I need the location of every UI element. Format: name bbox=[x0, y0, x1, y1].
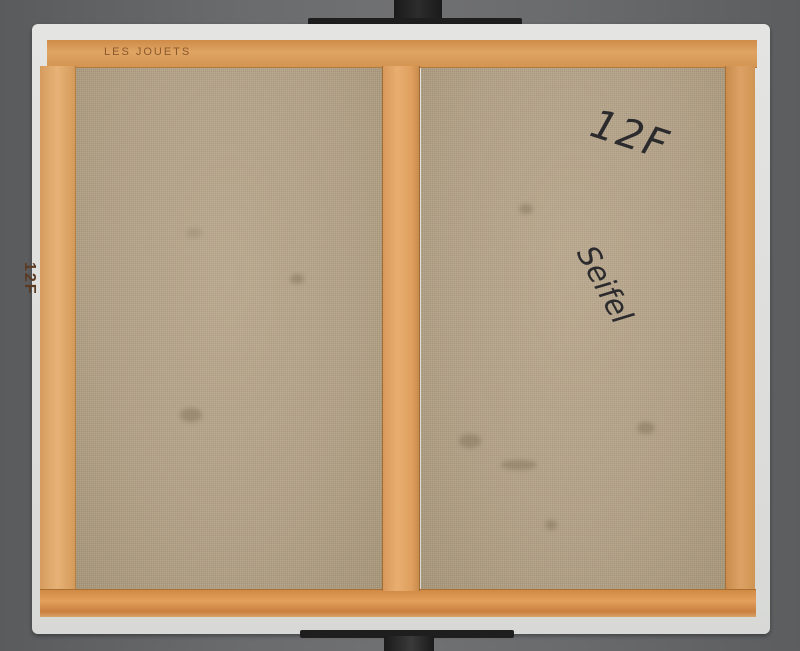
stretcher-crossbar bbox=[382, 66, 420, 591]
stain bbox=[290, 274, 304, 284]
stain bbox=[180, 408, 202, 422]
stain bbox=[459, 434, 481, 448]
stretcher-bottom bbox=[40, 589, 756, 617]
stain bbox=[501, 460, 537, 470]
stain bbox=[637, 422, 655, 434]
size-stamp: 12F bbox=[20, 262, 38, 296]
stretcher-left bbox=[40, 66, 76, 591]
stain bbox=[545, 520, 557, 530]
title-inscription: LES JOUETS bbox=[104, 46, 191, 58]
stain bbox=[186, 228, 202, 238]
easel-post-bottom bbox=[384, 636, 434, 651]
linen-panel-right bbox=[421, 68, 725, 589]
linen-panel-left bbox=[76, 68, 382, 589]
stretcher-right bbox=[725, 66, 755, 591]
stain bbox=[519, 204, 533, 214]
